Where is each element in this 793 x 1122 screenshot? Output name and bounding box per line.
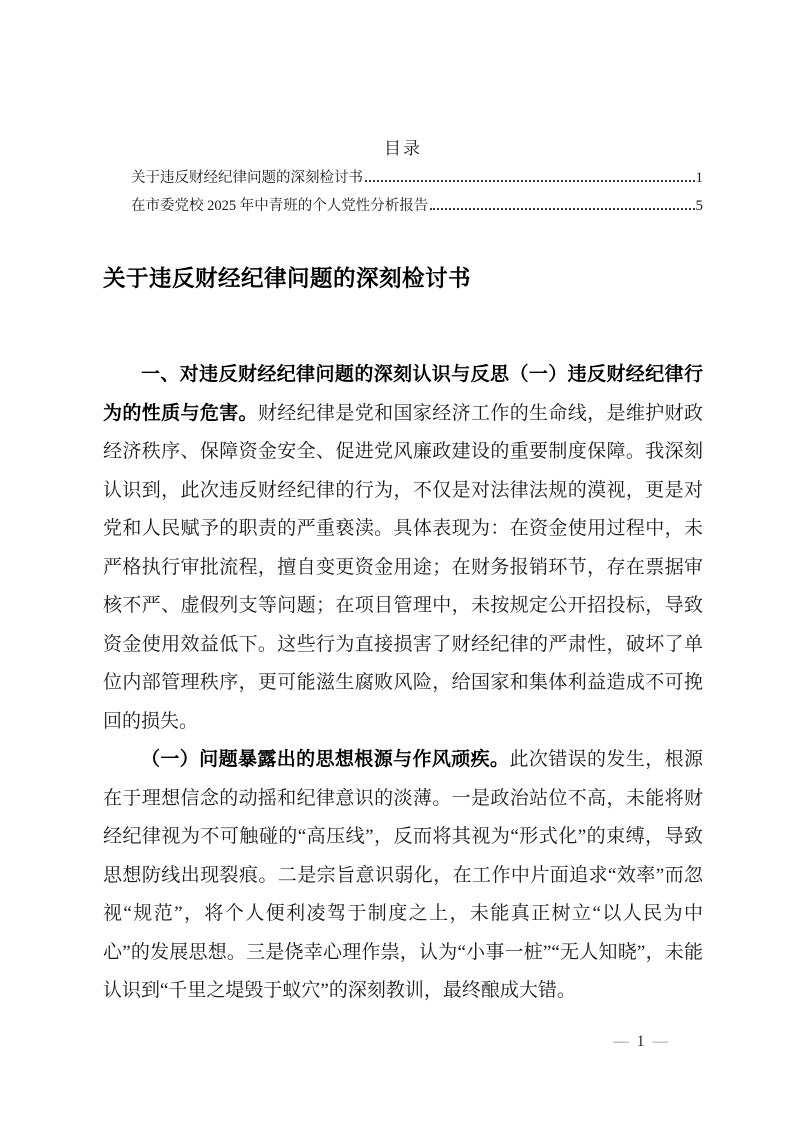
- toc-entry[interactable]: 关于违反财经纪律问题的深刻检讨书 1: [103, 164, 703, 192]
- paragraph-1-text: 财经纪律是党和国家经济工作的生命线，是维护财政经济秩序、保障资金安全、促进党风廉…: [103, 403, 703, 732]
- paragraph-2: （一）问题暴露出的思想根源与作风顽疾。此次错误的发生，根源在于理想信念的动摇和纪…: [103, 741, 703, 1011]
- document-page: 目录 关于违反财经纪律问题的深刻检讨书 1 在市委党校 2025 年中青班的个人…: [0, 0, 793, 1122]
- toc-heading: 目录: [103, 137, 703, 161]
- toc-entry-page-number: 1: [696, 164, 704, 192]
- toc-list: 关于违反财经纪律问题的深刻检讨书 1 在市委党校 2025 年中青班的个人党性分…: [103, 164, 703, 220]
- toc-entry-label: 在市委党校 2025 年中青班的个人党性分析报告: [131, 192, 428, 220]
- document-title: 关于违反财经纪律问题的深刻检讨书: [103, 264, 703, 294]
- toc-leader-dots: [430, 208, 694, 210]
- table-of-contents: 目录 关于违反财经纪律问题的深刻检讨书 1 在市委党校 2025 年中青班的个人…: [103, 0, 703, 220]
- toc-leader-dots: [365, 180, 695, 182]
- toc-entry-label: 关于违反财经纪律问题的深刻检讨书: [131, 164, 363, 192]
- footer-right-dash: —: [653, 1033, 669, 1050]
- toc-entry-page-number: 5: [696, 192, 704, 220]
- page-number-footer: —1—: [613, 1032, 668, 1052]
- footer-page-number: 1: [637, 1033, 645, 1050]
- footer-left-dash: —: [613, 1033, 629, 1050]
- toc-entry[interactable]: 在市委党校 2025 年中青班的个人党性分析报告 5: [103, 192, 703, 220]
- paragraph-1: 一、对违反财经纪律问题的深刻认识与反思（一）违反财经纪律行为的性质与危害。财经纪…: [103, 356, 703, 741]
- paragraph-2-text: 此次错误的发生，根源在于理想信念的动摇和纪律意识的淡薄。一是政治站位不高，未能将…: [103, 749, 703, 1001]
- document-body: 一、对违反财经纪律问题的深刻认识与反思（一）违反财经纪律行为的性质与危害。财经纪…: [103, 356, 703, 1011]
- paragraph-2-lead: （一）问题暴露出的思想根源与作风顽疾。: [141, 749, 509, 770]
